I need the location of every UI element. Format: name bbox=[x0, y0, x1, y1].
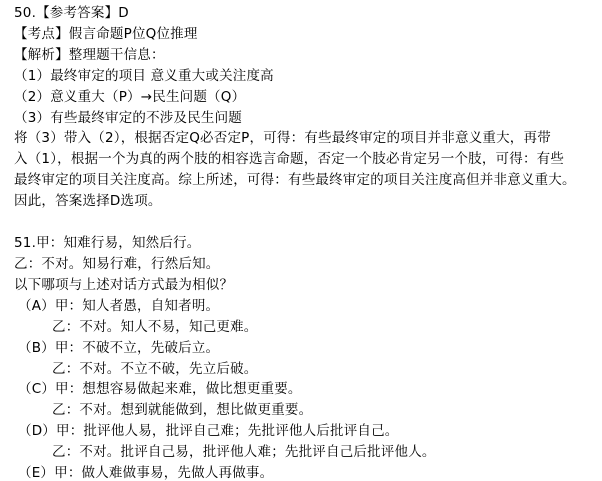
q50-point-line: 【考点】假言命题P位Q位推理 bbox=[14, 24, 602, 45]
q50-answer-line: 50.【参考答案】D bbox=[14, 3, 602, 24]
option-a-jia: （A）甲：知人者愚，自知者明。 bbox=[14, 296, 602, 317]
option-b-jia: （B）甲：不破不立，先破后立。 bbox=[14, 338, 602, 359]
q50-explanation-line: 将（3）带入（2），根据否定Q必否定P，可得：有些最终审定的项目并非意义重大，再… bbox=[14, 128, 602, 149]
q50-explanation-line: 最终审定的项目关注度高。综上所述，可得：有些最终审定的项目关注度高但并非意义重大… bbox=[14, 170, 602, 191]
q51-stem-line: 51.甲：知难行易，知然后行。 bbox=[14, 233, 602, 254]
option-d-yi: 乙：不对。批评自己易，批评他人难；先批评自己后批评他人。 bbox=[14, 442, 602, 463]
q50-item: （1）最终审定的项目 意义重大或关注度高 bbox=[14, 66, 602, 87]
spacer bbox=[14, 212, 602, 233]
option-b-yi: 乙：不对。不立不破，先立后破。 bbox=[14, 359, 602, 380]
document-body: 50.【参考答案】D 【考点】假言命题P位Q位推理 【解析】整理题干信息： （1… bbox=[14, 3, 602, 481]
q50-analysis-line: 【解析】整理题干信息： bbox=[14, 45, 602, 66]
q50-item: （3）有些最终审定的不涉及民生问题 bbox=[14, 108, 602, 129]
q50-item: （2）意义重大（P）→民生问题（Q） bbox=[14, 87, 602, 108]
q50-explanation-line: 入（1），根据一个为真的两个肢的相容选言命题，否定一个肢必肯定另一个肢，可得：有… bbox=[14, 149, 602, 170]
q51-stem-line: 乙：不对。知易行难，行然后知。 bbox=[14, 254, 602, 275]
option-e-jia: （E）甲：做人难做事易，先做人再做事。 bbox=[14, 463, 602, 481]
option-a-yi: 乙：不对。知人不易，知己更难。 bbox=[14, 317, 602, 338]
option-c-jia: （C）甲：想想容易做起来难，做比想更重要。 bbox=[14, 379, 602, 400]
q50-explanation-line: 因此，答案选择D选项。 bbox=[14, 191, 602, 212]
option-c-yi: 乙：不对。想到就能做到，想比做更重要。 bbox=[14, 400, 602, 421]
option-d-jia: （D）甲：批评他人易，批评自己难；先批评他人后批评自己。 bbox=[14, 421, 602, 442]
q51-stem-line: 以下哪项与上述对话方式最为相似？ bbox=[14, 275, 602, 296]
